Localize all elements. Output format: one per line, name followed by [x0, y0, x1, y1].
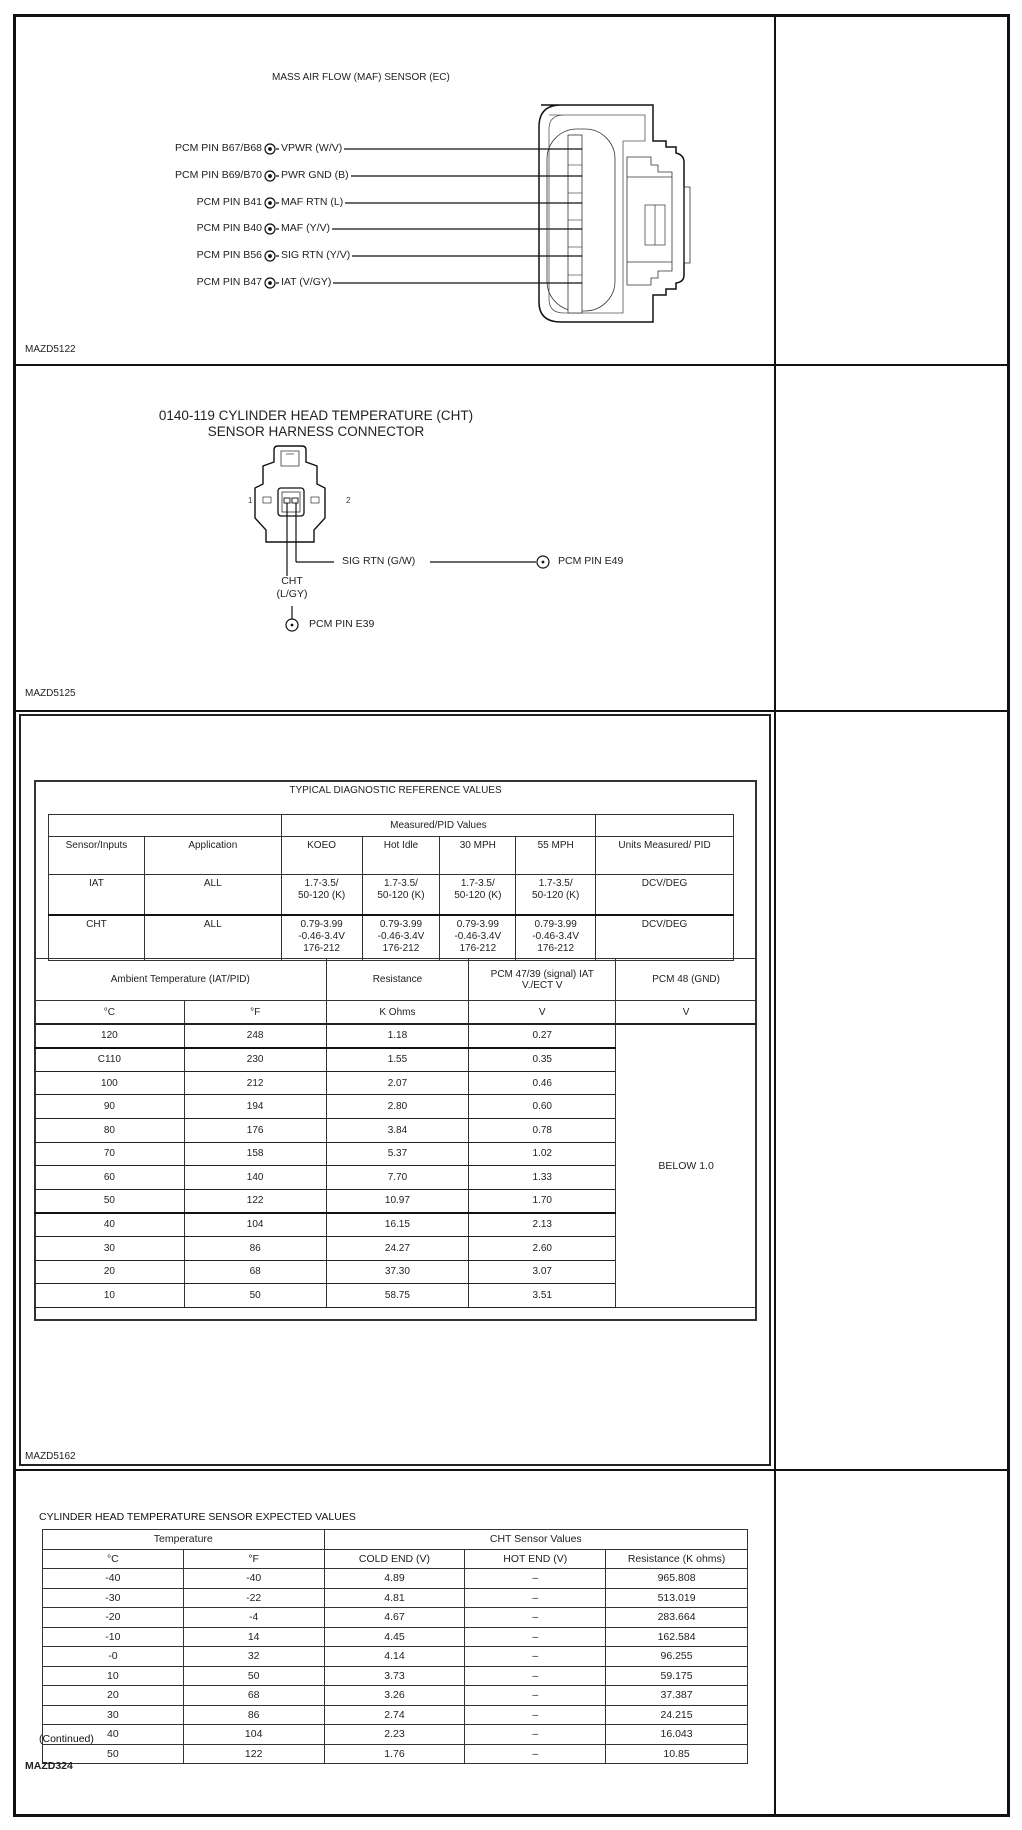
- cht-expected-cell: -40: [43, 1569, 184, 1589]
- reference-cell-mph30: 0.79-3.99-0.46-3.4V176-212: [440, 915, 516, 961]
- maf-circuit-label: SIG RTN (Y/V): [279, 249, 352, 261]
- ambient-cell: 58.75: [326, 1284, 469, 1308]
- blank-header-cell: [49, 815, 282, 837]
- reference-row: IATALL1.7-3.5/50-120 (K)1.7-3.5/50-120 (…: [49, 875, 734, 915]
- cht-expected-cell: 32: [183, 1647, 324, 1667]
- cht-expected-cell: 965.808: [606, 1569, 748, 1589]
- cht-expected-column-header: °C: [43, 1549, 184, 1569]
- cht-expected-cell: 513.019: [606, 1588, 748, 1608]
- reference-cell-line: 0.79-3.99: [440, 919, 515, 931]
- reference-cell-line: -0.46-3.4V: [282, 931, 362, 943]
- cht-expected-cell: 122: [183, 1744, 324, 1764]
- cht-expected-cell: 3.26: [324, 1686, 465, 1706]
- reference-cell-line: 50-120 (K): [440, 890, 515, 902]
- ambient-temp-header: Ambient Temperature (IAT/PID): [35, 959, 327, 1001]
- cht-expected-cell: 2.74: [324, 1705, 465, 1725]
- maf-pcm-pin-label: PCM PIN B69/B70: [175, 169, 262, 181]
- ambient-cell: 140: [184, 1166, 326, 1190]
- cht-expected-column-header: HOT END (V): [465, 1549, 606, 1569]
- reference-row: CHTALL0.79-3.99-0.46-3.4V176-2120.79-3.9…: [49, 915, 734, 961]
- cht-connector-diagram: [16, 366, 774, 710]
- reference-cell-units: DCV/DEG: [596, 875, 734, 915]
- reference-cell-application: ALL: [144, 915, 281, 961]
- ambient-cell: 3.51: [469, 1284, 616, 1308]
- ambient-cell: 68: [184, 1260, 326, 1284]
- cht-expected-cell: 4.67: [324, 1608, 465, 1628]
- reference-cell-units: DCV/DEG: [596, 915, 734, 961]
- cht-expected-row: -40-404.89–965.808: [43, 1569, 748, 1589]
- cht-expected-row: 10503.73–59.175: [43, 1666, 748, 1686]
- maf-circuit-label: IAT (V/GY): [279, 276, 333, 288]
- cht-expected-table: Temperature CHT Sensor Values °C°FCOLD E…: [42, 1529, 748, 1764]
- reference-cell-line: 50-120 (K): [363, 890, 440, 902]
- cht-expected-cell: 2.23: [324, 1725, 465, 1745]
- cht-expected-cell: –: [465, 1686, 606, 1706]
- cht-expected-cell: 96.255: [606, 1647, 748, 1667]
- maf-circuit-label: MAF RTN (L): [279, 196, 345, 208]
- cht-expected-row: -0324.14–96.255: [43, 1647, 748, 1667]
- ambient-cell: 5.37: [326, 1142, 469, 1166]
- cht-expected-row: 501221.76–10.85: [43, 1744, 748, 1764]
- reference-column-header: Application: [144, 837, 281, 875]
- ambient-cell: C110: [35, 1048, 185, 1072]
- cht-expected-cell: 4.81: [324, 1588, 465, 1608]
- cht-expected-cell: 37.387: [606, 1686, 748, 1706]
- document-page: MASS AIR FLOW (MAF) SENSOR (EC) PCM PIN …: [13, 14, 1010, 1817]
- cht-expected-cell: 14: [183, 1627, 324, 1647]
- reference-cell-mph55: 0.79-3.99-0.46-3.4V176-212: [516, 915, 596, 961]
- reference-values-figure-id: MAZD5162: [25, 1451, 76, 1462]
- column-divider: [774, 17, 776, 1814]
- ambient-unit-cell: V: [469, 1001, 616, 1025]
- reference-cell-mph55: 1.7-3.5/50-120 (K): [516, 875, 596, 915]
- cht-expected-cell: 104: [183, 1725, 324, 1745]
- pcm-pin-e49-label: PCM PIN E49: [558, 555, 623, 567]
- reference-cell-line: 0.79-3.99: [282, 919, 362, 931]
- reference-cell-line: 176-212: [363, 943, 440, 955]
- reference-cell-line: -0.46-3.4V: [516, 931, 595, 943]
- maf-pcm-pin-label: PCM PIN B40: [197, 222, 262, 234]
- cht-expected-cell: –: [465, 1725, 606, 1745]
- ambient-cell: 100: [35, 1071, 185, 1095]
- ambient-cell: 0.46: [469, 1071, 616, 1095]
- ambient-cell: 212: [184, 1071, 326, 1095]
- ambient-cell: 104: [184, 1213, 326, 1237]
- cht-expected-cell: 10: [43, 1666, 184, 1686]
- cht-expected-cell: 162.584: [606, 1627, 748, 1647]
- pcm-signal-header: PCM 47/39 (signal) IAT V./ECT V: [469, 959, 616, 1001]
- ambient-cell: 0.60: [469, 1095, 616, 1119]
- reference-cell-line: -0.46-3.4V: [440, 931, 515, 943]
- reference-cell-line: 176-212: [282, 943, 362, 955]
- measured-pid-header: Measured/PID Values: [281, 815, 595, 837]
- cht-expected-figure-id: MAZD324: [25, 1760, 73, 1772]
- reference-cell-hot-idle: 0.79-3.99-0.46-3.4V176-212: [362, 915, 440, 961]
- cht-expected-cell: 10.85: [606, 1744, 748, 1764]
- ambient-cell: 122: [184, 1189, 326, 1213]
- ambient-cell: 1.18: [326, 1024, 469, 1048]
- reference-cell-line: -0.46-3.4V: [363, 931, 440, 943]
- ambient-cell: 230: [184, 1048, 326, 1072]
- cht-expected-cell: –: [465, 1666, 606, 1686]
- cht-expected-cell: 86: [183, 1705, 324, 1725]
- ambient-unit-cell: °C: [35, 1001, 185, 1025]
- reference-cell-line: 1.7-3.5/: [440, 878, 515, 890]
- ambient-cell: 3.84: [326, 1118, 469, 1142]
- maf-figure-id: MAZD5122: [25, 344, 76, 355]
- reference-cell-koeo: 0.79-3.99-0.46-3.4V176-212: [281, 915, 362, 961]
- reference-cell-line: 0.79-3.99: [363, 919, 440, 931]
- cht-expected-cell: -40: [183, 1569, 324, 1589]
- cht-sensor-values-group-header: CHT Sensor Values: [324, 1530, 747, 1550]
- reference-cell-application: ALL: [144, 875, 281, 915]
- cht-wire-color: (L/GY): [271, 588, 313, 601]
- maf-circuit-label: VPWR (W/V): [279, 142, 344, 154]
- ambient-cell: 70: [35, 1142, 185, 1166]
- ambient-cell: 50: [35, 1189, 185, 1213]
- cht-expected-cell: -0: [43, 1647, 184, 1667]
- maf-connector-diagram: [16, 17, 774, 364]
- temperature-group-header: Temperature: [43, 1530, 325, 1550]
- ambient-cell: 1.02: [469, 1142, 616, 1166]
- maf-pcm-pin-label: PCM PIN B56: [197, 249, 262, 261]
- cht-expected-column-header: COLD END (V): [324, 1549, 465, 1569]
- ambient-cell: 1.55: [326, 1048, 469, 1072]
- cht-expected-cell: –: [465, 1627, 606, 1647]
- reference-column-header: Hot Idle: [362, 837, 440, 875]
- maf-pcm-pin-label: PCM PIN B41: [197, 196, 262, 208]
- ambient-cell: 86: [184, 1236, 326, 1260]
- reference-values-section: TYPICAL DIAGNOSTIC REFERENCE VALUES Meas…: [16, 712, 774, 1469]
- cht-expected-cell: –: [465, 1647, 606, 1667]
- reference-cell-line: 50-120 (K): [516, 890, 595, 902]
- ambient-cell: 20: [35, 1260, 185, 1284]
- cht-expected-cell: 3.73: [324, 1666, 465, 1686]
- reference-cell-line: 0.79-3.99: [516, 919, 595, 931]
- reference-cell-sensor: CHT: [49, 915, 145, 961]
- pin-2-label: 2: [346, 496, 350, 505]
- cht-wire-name: CHT: [271, 575, 313, 588]
- cht-expected-cell: 68: [183, 1686, 324, 1706]
- ambient-cell: 7.70: [326, 1166, 469, 1190]
- cht-expected-cell: 20: [43, 1686, 184, 1706]
- ambient-cell: 120: [35, 1024, 185, 1048]
- ambient-cell: 1.33: [469, 1166, 616, 1190]
- cht-expected-cell: –: [465, 1569, 606, 1589]
- ambient-cell: 24.27: [326, 1236, 469, 1260]
- cht-expected-row: -10144.45–162.584: [43, 1627, 748, 1647]
- ambient-cell: 37.30: [326, 1260, 469, 1284]
- ambient-cell: 10.97: [326, 1189, 469, 1213]
- cht-connector-section: 0140-119 CYLINDER HEAD TEMPERATURE (CHT)…: [16, 366, 774, 710]
- ambient-cell: 194: [184, 1095, 326, 1119]
- reference-cell-line: 50-120 (K): [282, 890, 362, 902]
- cht-expected-cell: -30: [43, 1588, 184, 1608]
- maf-pcm-pin-label: PCM PIN B67/B68: [175, 142, 262, 154]
- cht-connector-figure-id: MAZD5125: [25, 688, 76, 699]
- reference-column-header: Sensor/Inputs: [49, 837, 145, 875]
- reference-cell-mph30: 1.7-3.5/50-120 (K): [440, 875, 516, 915]
- ambient-cell: 2.60: [469, 1236, 616, 1260]
- cht-expected-column-header: Resistance (K ohms): [606, 1549, 748, 1569]
- cht-expected-row: -30-224.81–513.019: [43, 1588, 748, 1608]
- reference-cell-koeo: 1.7-3.5/50-120 (K): [281, 875, 362, 915]
- cht-expected-cell: 4.14: [324, 1647, 465, 1667]
- cht-expected-cell: -20: [43, 1608, 184, 1628]
- cht-expected-cell: 59.175: [606, 1666, 748, 1686]
- cht-expected-row: 401042.23–16.043: [43, 1725, 748, 1745]
- ambient-cell: 90: [35, 1095, 185, 1119]
- reference-header-row: Sensor/InputsApplicationKOEOHot Idle30 M…: [49, 837, 734, 875]
- cht-expected-cell: –: [465, 1744, 606, 1764]
- reference-cell-line: 1.7-3.5/: [516, 878, 595, 890]
- cht-expected-cell: 16.043: [606, 1725, 748, 1745]
- cht-expected-header-row: °C°FCOLD END (V)HOT END (V)Resistance (K…: [43, 1549, 748, 1569]
- ambient-cell: 60: [35, 1166, 185, 1190]
- cht-wire-label: CHT (L/GY): [271, 575, 313, 601]
- reference-column-header: 30 MPH: [440, 837, 516, 875]
- reference-cell-sensor: IAT: [49, 875, 145, 915]
- cht-expected-cell: 30: [43, 1705, 184, 1725]
- ambient-cell: 2.13: [469, 1213, 616, 1237]
- reference-column-header: Units Measured/ PID: [596, 837, 734, 875]
- ambient-cell: 50: [184, 1284, 326, 1308]
- cht-expected-row: 20683.26–37.387: [43, 1686, 748, 1706]
- continued-note: (Continued): [39, 1733, 94, 1745]
- cht-expected-cell: -4: [183, 1608, 324, 1628]
- pin-1-label: 1: [248, 496, 252, 505]
- maf-sensor-section: MASS AIR FLOW (MAF) SENSOR (EC) PCM PIN …: [16, 17, 774, 364]
- ambient-cell: 30: [35, 1236, 185, 1260]
- reference-values-table: Measured/PID Values Sensor/InputsApplica…: [48, 814, 734, 961]
- pcm-gnd-header: PCM 48 (GND): [616, 959, 757, 1001]
- ambient-cell: 3.07: [469, 1260, 616, 1284]
- ambient-cell: 0.35: [469, 1048, 616, 1072]
- sig-rtn-wire-label: SIG RTN (G/W): [342, 555, 415, 567]
- cht-expected-column-header: °F: [183, 1549, 324, 1569]
- ambient-unit-cell: V: [616, 1001, 757, 1025]
- reference-values-title: TYPICAL DIAGNOSTIC REFERENCE VALUES: [34, 785, 757, 796]
- reference-column-header: 55 MPH: [516, 837, 596, 875]
- cht-expected-cell: 24.215: [606, 1705, 748, 1725]
- maf-circuit-label: MAF (Y/V): [279, 222, 332, 234]
- reference-cell-line: 176-212: [516, 943, 595, 955]
- blank-header-cell: [596, 815, 734, 837]
- reference-cell-line: 1.7-3.5/: [363, 878, 440, 890]
- ambient-cell: 158: [184, 1142, 326, 1166]
- ambient-cell: 0.78: [469, 1118, 616, 1142]
- ambient-cell: 0.27: [469, 1024, 616, 1048]
- ambient-unit-cell: °F: [184, 1001, 326, 1025]
- reference-cell-line: 176-212: [440, 943, 515, 955]
- ambient-cell: 10: [35, 1284, 185, 1308]
- ambient-temperature-table: Ambient Temperature (IAT/PID) Resistance…: [34, 958, 757, 1308]
- ambient-cell: 80: [35, 1118, 185, 1142]
- cht-expected-cell: -22: [183, 1588, 324, 1608]
- maf-circuit-label: PWR GND (B): [279, 169, 351, 181]
- pcm-gnd-value: BELOW 1.0: [616, 1024, 757, 1307]
- pcm-pin-e39-label: PCM PIN E39: [309, 618, 374, 630]
- reference-cell-hot-idle: 1.7-3.5/50-120 (K): [362, 875, 440, 915]
- cht-expected-section: CYLINDER HEAD TEMPERATURE SENSOR EXPECTE…: [16, 1471, 774, 1820]
- ambient-unit-cell: K Ohms: [326, 1001, 469, 1025]
- ambient-cell: 16.15: [326, 1213, 469, 1237]
- cht-expected-row: -20-44.67–283.664: [43, 1608, 748, 1628]
- cht-expected-cell: -10: [43, 1627, 184, 1647]
- cht-expected-cell: 1.76: [324, 1744, 465, 1764]
- ambient-cell: 2.80: [326, 1095, 469, 1119]
- ambient-units-row: °C°FK OhmsVV: [35, 1001, 757, 1025]
- resistance-header: Resistance: [326, 959, 469, 1001]
- ambient-cell: 2.07: [326, 1071, 469, 1095]
- ambient-row: 1202481.180.27BELOW 1.0: [35, 1024, 757, 1048]
- ambient-cell: 40: [35, 1213, 185, 1237]
- maf-pcm-pin-label: PCM PIN B47: [197, 276, 262, 288]
- cht-expected-cell: 4.89: [324, 1569, 465, 1589]
- reference-column-header: KOEO: [281, 837, 362, 875]
- ambient-cell: 176: [184, 1118, 326, 1142]
- cht-expected-cell: –: [465, 1588, 606, 1608]
- cht-expected-cell: –: [465, 1608, 606, 1628]
- cht-expected-cell: 283.664: [606, 1608, 748, 1628]
- ambient-cell: 1.70: [469, 1189, 616, 1213]
- reference-cell-line: 1.7-3.5/: [282, 878, 362, 890]
- cht-expected-cell: 50: [183, 1666, 324, 1686]
- cht-expected-cell: 4.45: [324, 1627, 465, 1647]
- ambient-cell: 248: [184, 1024, 326, 1048]
- cht-expected-row: 30862.74–24.215: [43, 1705, 748, 1725]
- cht-expected-title: CYLINDER HEAD TEMPERATURE SENSOR EXPECTE…: [39, 1511, 356, 1523]
- cht-expected-cell: –: [465, 1705, 606, 1725]
